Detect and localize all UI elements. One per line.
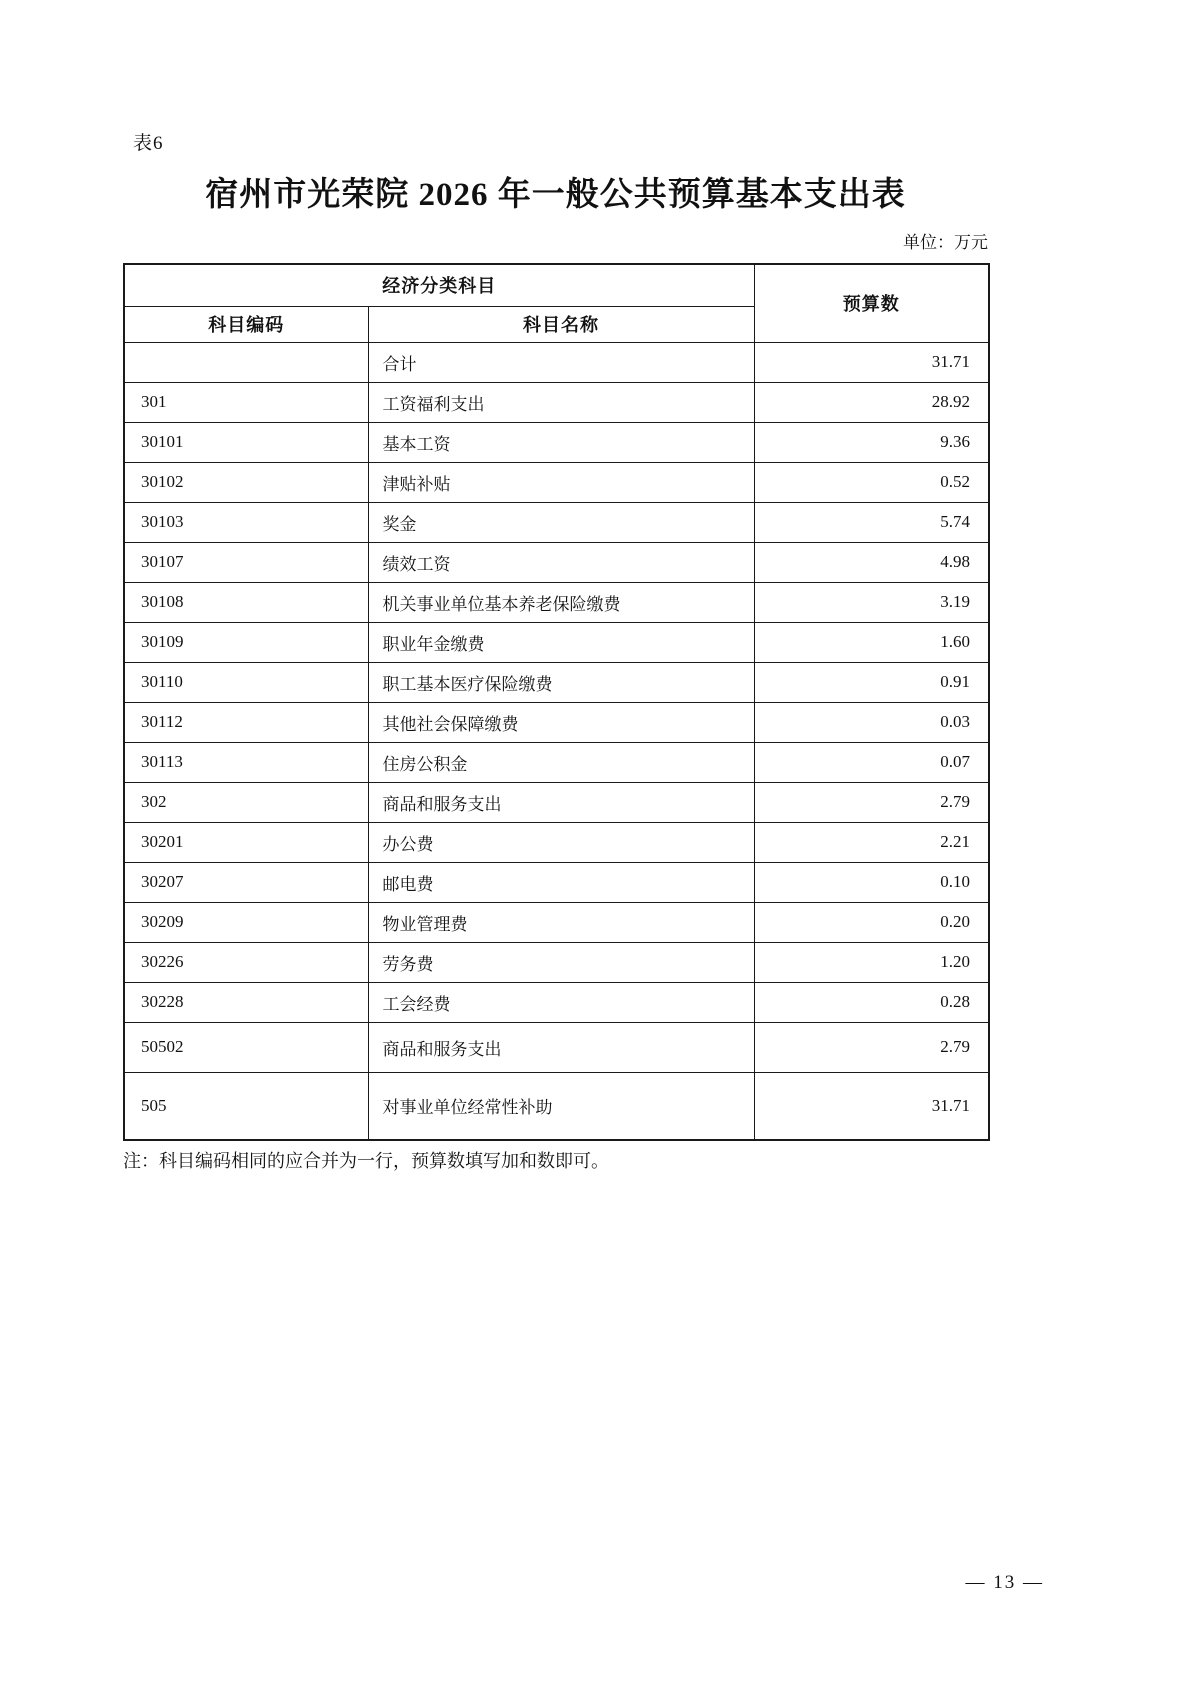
table-row: 30207 邮电费 0.10 — [124, 862, 989, 902]
table-row: 30113 住房公积金 0.07 — [124, 742, 989, 782]
subject-code-cell: 30207 — [124, 862, 368, 902]
budget-table: 经济分类科目 预算数 科目编码 科目名称 合计 31.71 301 工资福利支出… — [123, 263, 990, 1141]
table-row: 30110 职工基本医疗保险缴费 0.91 — [124, 662, 989, 702]
subject-code-cell: 30201 — [124, 822, 368, 862]
table-row: 50502 商品和服务支出 2.79 — [124, 1022, 989, 1072]
subject-name-cell: 奖金 — [368, 502, 754, 542]
subject-name-cell: 绩效工资 — [368, 542, 754, 582]
table-row: 30109 职业年金缴费 1.60 — [124, 622, 989, 662]
table-row: 30108 机关事业单位基本养老保险缴费 3.19 — [124, 582, 989, 622]
column-group-header-economic-classification: 经济分类科目 — [124, 264, 754, 306]
table-row: 30112 其他社会保障缴费 0.03 — [124, 702, 989, 742]
budget-value-cell: 28.92 — [754, 382, 989, 422]
budget-value-cell: 0.52 — [754, 462, 989, 502]
table-row: 30226 劳务费 1.20 — [124, 942, 989, 982]
subject-code-cell: 30209 — [124, 902, 368, 942]
subject-name-cell: 邮电费 — [368, 862, 754, 902]
column-header-code: 科目编码 — [124, 306, 368, 342]
table-number-label: 表6 — [133, 128, 164, 155]
subject-name-cell: 住房公积金 — [368, 742, 754, 782]
table-row: 合计 31.71 — [124, 342, 989, 382]
subject-name-cell: 劳务费 — [368, 942, 754, 982]
budget-value-cell: 2.79 — [754, 782, 989, 822]
column-header-name: 科目名称 — [368, 306, 754, 342]
budget-value-cell: 2.79 — [754, 1022, 989, 1072]
budget-value-cell: 0.91 — [754, 662, 989, 702]
subject-name-cell: 商品和服务支出 — [368, 1022, 754, 1072]
table-row: 505 对事业单位经常性补助 31.71 — [124, 1072, 989, 1140]
subject-code-cell: 50502 — [124, 1022, 368, 1072]
subject-code-cell: 302 — [124, 782, 368, 822]
budget-value-cell: 2.21 — [754, 822, 989, 862]
table-row: 30101 基本工资 9.36 — [124, 422, 989, 462]
subject-code-cell: 505 — [124, 1072, 368, 1140]
footnote: 注：科目编码相同的应合并为一行，预算数填写加和数即可。 — [123, 1147, 988, 1173]
subject-name-cell: 对事业单位经常性补助 — [368, 1072, 754, 1140]
subject-code-cell: 30102 — [124, 462, 368, 502]
budget-value-cell: 5.74 — [754, 502, 989, 542]
subject-code-cell: 30109 — [124, 622, 368, 662]
subject-name-cell: 工资福利支出 — [368, 382, 754, 422]
table-row: 302 商品和服务支出 2.79 — [124, 782, 989, 822]
subject-name-cell: 商品和服务支出 — [368, 782, 754, 822]
subject-code-cell: 30107 — [124, 542, 368, 582]
column-header-budget: 预算数 — [754, 264, 989, 342]
budget-value-cell: 3.19 — [754, 582, 989, 622]
subject-code-cell — [124, 342, 368, 382]
page-number: — 13 — — [966, 1572, 1045, 1594]
subject-code-cell: 30112 — [124, 702, 368, 742]
budget-value-cell: 9.36 — [754, 422, 989, 462]
budget-value-cell: 31.71 — [754, 342, 989, 382]
budget-value-cell: 0.03 — [754, 702, 989, 742]
unit-label: 单位：万元 — [123, 228, 988, 253]
subject-code-cell: 30110 — [124, 662, 368, 702]
table-row: 301 工资福利支出 28.92 — [124, 382, 989, 422]
budget-value-cell: 31.71 — [754, 1072, 989, 1140]
subject-code-cell: 30113 — [124, 742, 368, 782]
budget-value-cell: 0.20 — [754, 902, 989, 942]
subject-code-cell: 30103 — [124, 502, 368, 542]
subject-name-cell: 机关事业单位基本养老保险缴费 — [368, 582, 754, 622]
table-row: 30209 物业管理费 0.20 — [124, 902, 989, 942]
table-row: 30228 工会经费 0.28 — [124, 982, 989, 1022]
table-row: 30103 奖金 5.74 — [124, 502, 989, 542]
budget-value-cell: 1.60 — [754, 622, 989, 662]
table-row: 30201 办公费 2.21 — [124, 822, 989, 862]
table-row: 30102 津贴补贴 0.52 — [124, 462, 989, 502]
subject-code-cell: 30101 — [124, 422, 368, 462]
budget-value-cell: 0.07 — [754, 742, 989, 782]
subject-code-cell: 30108 — [124, 582, 368, 622]
header-row-group: 经济分类科目 预算数 — [124, 264, 989, 306]
subject-code-cell: 30226 — [124, 942, 368, 982]
subject-name-cell: 其他社会保障缴费 — [368, 702, 754, 742]
subject-code-cell: 301 — [124, 382, 368, 422]
budget-value-cell: 1.20 — [754, 942, 989, 982]
budget-value-cell: 0.10 — [754, 862, 989, 902]
document-page: 表6 宿州市光荣院 2026 年一般公共预算基本支出表 单位：万元 经济分类科目… — [0, 0, 1190, 1683]
subject-code-cell: 30228 — [124, 982, 368, 1022]
subject-name-cell: 职工基本医疗保险缴费 — [368, 662, 754, 702]
subject-name-cell: 合计 — [368, 342, 754, 382]
page-title: 宿州市光荣院 2026 年一般公共预算基本支出表 — [123, 168, 988, 215]
subject-name-cell: 津贴补贴 — [368, 462, 754, 502]
subject-name-cell: 办公费 — [368, 822, 754, 862]
budget-value-cell: 4.98 — [754, 542, 989, 582]
table-row: 30107 绩效工资 4.98 — [124, 542, 989, 582]
budget-value-cell: 0.28 — [754, 982, 989, 1022]
subject-name-cell: 职业年金缴费 — [368, 622, 754, 662]
subject-name-cell: 工会经费 — [368, 982, 754, 1022]
subject-name-cell: 物业管理费 — [368, 902, 754, 942]
subject-name-cell: 基本工资 — [368, 422, 754, 462]
